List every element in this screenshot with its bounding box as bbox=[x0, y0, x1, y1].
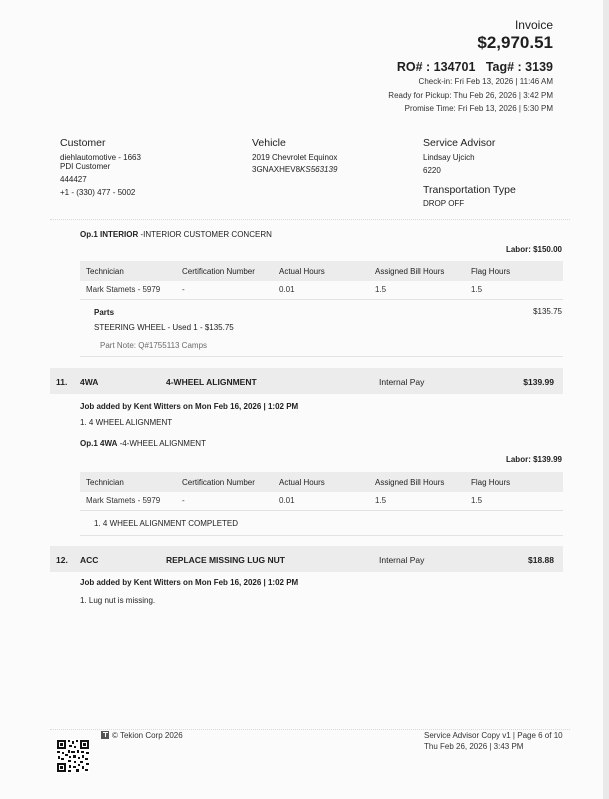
customer-type: PDI Customer bbox=[60, 162, 110, 171]
job-row-11: 11. 4WA 4-WHEEL ALIGNMENT Internal Pay $… bbox=[50, 368, 563, 394]
table-row: Mark Stamets - 5979 - 0.01 1.5 1.5 bbox=[80, 492, 563, 511]
cell-actual-hours: 0.01 bbox=[279, 496, 295, 505]
cell-technician: Mark Stamets - 5979 bbox=[86, 285, 160, 294]
cell-assigned-bill-hours: 1.5 bbox=[375, 496, 386, 505]
job-added-by: Job added by Kent Witters on Mon Feb 16,… bbox=[80, 578, 298, 587]
customer-name: diehlautomotive - 1663 bbox=[60, 153, 141, 162]
ro-number: RO# : 134701 bbox=[397, 60, 476, 74]
document-title: Invoice bbox=[515, 18, 553, 32]
col-certification: Certification Number bbox=[182, 478, 255, 487]
op-4wa-desc: -4-WHEEL ALIGNMENT bbox=[117, 439, 206, 448]
cell-flag-hours: 1.5 bbox=[471, 496, 482, 505]
cell-certification: - bbox=[182, 285, 185, 294]
parts-total: $135.75 bbox=[533, 307, 562, 316]
job-description: REPLACE MISSING LUG NUT bbox=[166, 555, 285, 565]
promise-time: Promise Time: Fri Feb 13, 2026 | 5:30 PM bbox=[405, 104, 553, 113]
col-actual-hours: Actual Hours bbox=[279, 478, 325, 487]
job-row-12: 12. ACC REPLACE MISSING LUG NUT Internal… bbox=[50, 546, 563, 572]
op-4wa-code: Op.1 4WA bbox=[80, 439, 117, 448]
cell-actual-hours: 0.01 bbox=[279, 285, 295, 294]
part-line-item: STEERING WHEEL - Used 1 - $135.75 bbox=[94, 323, 234, 332]
job-pay-type: Internal Pay bbox=[379, 377, 424, 387]
cell-flag-hours: 1.5 bbox=[471, 285, 482, 294]
job-amount: $18.88 bbox=[528, 555, 554, 565]
ready-for-pickup-time: Ready for Pickup: Thu Feb 26, 2026 | 3:4… bbox=[388, 91, 553, 100]
technician-table-4wa: Technician Certification Number Actual H… bbox=[80, 472, 563, 511]
invoice-total: $2,970.51 bbox=[477, 33, 553, 53]
vin-suffix: KS563139 bbox=[300, 165, 337, 174]
job-number: 11. bbox=[56, 377, 67, 387]
table-row: Mark Stamets - 5979 - 0.01 1.5 1.5 bbox=[80, 281, 563, 300]
ro-tag-line: RO# : 134701 Tag# : 3139 bbox=[397, 60, 553, 74]
op-4wa-labor: Labor: $139.99 bbox=[506, 455, 562, 464]
copyright-text: © Tekion Corp 2026 bbox=[112, 731, 183, 740]
op-interior-title: Op.1 INTERIOR -INTERIOR CUSTOMER CONCERN bbox=[80, 230, 272, 239]
op-interior-code: Op.1 INTERIOR bbox=[80, 230, 138, 239]
part-note: Part Note: Q#1755113 Camps bbox=[100, 341, 207, 350]
op-interior-desc: -INTERIOR CUSTOMER CONCERN bbox=[138, 230, 272, 239]
service-advisor-heading: Service Advisor bbox=[423, 137, 495, 149]
job-added-by: Job added by Kent Witters on Mon Feb 16,… bbox=[80, 402, 298, 411]
job-concern: 1. Lug nut is missing. bbox=[80, 596, 155, 605]
cell-assigned-bill-hours: 1.5 bbox=[375, 285, 386, 294]
job-description: 4-WHEEL ALIGNMENT bbox=[166, 377, 257, 387]
tag-number: Tag# : 3139 bbox=[486, 60, 553, 74]
service-advisor-name: Lindsay Ujcich bbox=[423, 153, 475, 162]
technician-table-interior: Technician Certification Number Actual H… bbox=[80, 261, 563, 300]
job-code: 4WA bbox=[80, 377, 98, 387]
col-technician: Technician bbox=[86, 267, 124, 276]
parts-divider bbox=[80, 356, 563, 357]
page-edge-shadow bbox=[603, 0, 609, 799]
vin-prefix: 3GNAXHEV8 bbox=[252, 165, 300, 174]
job-number: 12. bbox=[56, 555, 68, 565]
transportation-heading: Transportation Type bbox=[423, 184, 516, 196]
col-assigned-bill-hours: Assigned Bill Hours bbox=[375, 478, 444, 487]
col-assigned-bill-hours: Assigned Bill Hours bbox=[375, 267, 444, 276]
footer-copy-info: Service Advisor Copy v1 | Page 6 of 10 bbox=[424, 731, 563, 740]
customer-id: 444427 bbox=[60, 175, 87, 184]
col-actual-hours: Actual Hours bbox=[279, 267, 325, 276]
col-technician: Technician bbox=[86, 478, 124, 487]
job-pay-type: Internal Pay bbox=[379, 555, 424, 565]
op-4wa-title: Op.1 4WA -4-WHEEL ALIGNMENT bbox=[80, 439, 206, 448]
table-header-row: Technician Certification Number Actual H… bbox=[80, 472, 563, 492]
customer-phone: +1 - (330) 477 - 5002 bbox=[60, 188, 135, 197]
cell-technician: Mark Stamets - 5979 bbox=[86, 496, 160, 505]
op-interior-labor: Labor: $150.00 bbox=[506, 245, 562, 254]
footer-copyright: © Tekion Corp 2026 bbox=[101, 731, 183, 740]
vehicle-heading: Vehicle bbox=[252, 137, 286, 149]
job-amount: $139.99 bbox=[523, 377, 554, 387]
check-in-time: Check-in: Fri Feb 13, 2026 | 11:46 AM bbox=[419, 77, 553, 86]
job-code: ACC bbox=[80, 555, 98, 565]
col-flag-hours: Flag Hours bbox=[471, 478, 510, 487]
col-certification: Certification Number bbox=[182, 267, 255, 276]
job-11-divider bbox=[80, 535, 563, 536]
customer-heading: Customer bbox=[60, 137, 106, 149]
vehicle-model: 2019 Chevrolet Equinox bbox=[252, 153, 337, 162]
section-divider bbox=[50, 219, 570, 221]
parts-heading: Parts bbox=[94, 308, 114, 317]
job-correction: 1. 4 WHEEL ALIGNMENT COMPLETED bbox=[94, 519, 238, 528]
service-advisor-id: 6220 bbox=[423, 166, 441, 175]
tekion-logo-icon bbox=[101, 731, 109, 739]
transportation-value: DROP OFF bbox=[423, 199, 464, 208]
col-flag-hours: Flag Hours bbox=[471, 267, 510, 276]
vehicle-vin: 3GNAXHEV8KS563139 bbox=[252, 165, 337, 174]
qr-code-icon bbox=[56, 739, 90, 773]
job-concern: 1. 4 WHEEL ALIGNMENT bbox=[80, 418, 172, 427]
footer-printed-time: Thu Feb 26, 2026 | 3:43 PM bbox=[424, 742, 523, 751]
cell-certification: - bbox=[182, 496, 185, 505]
table-header-row: Technician Certification Number Actual H… bbox=[80, 261, 563, 281]
